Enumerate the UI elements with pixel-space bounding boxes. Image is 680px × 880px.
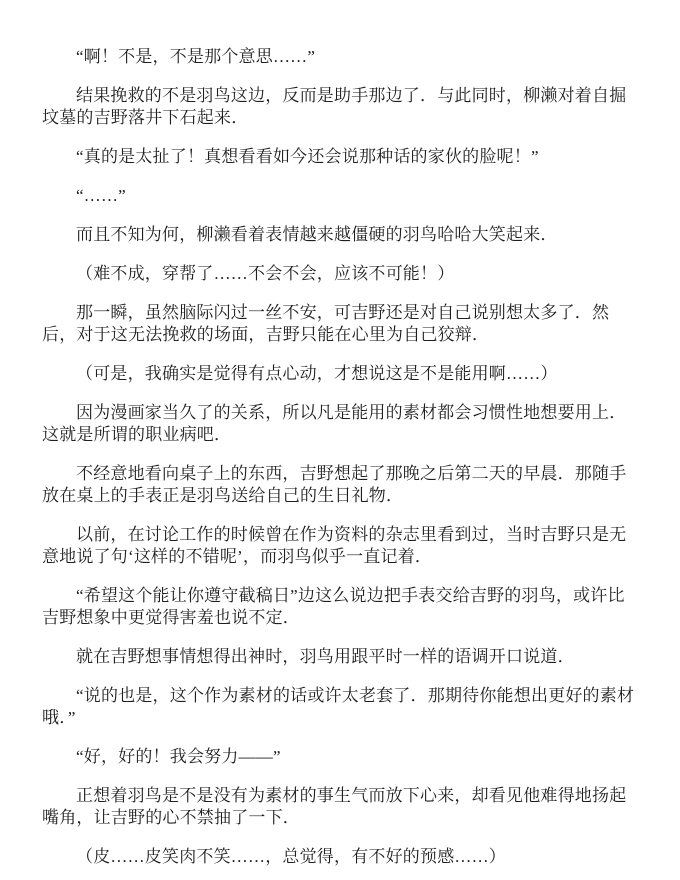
- paragraph-dialogue: “……”: [42, 185, 638, 207]
- paragraph-inner-thought: （难不成，穿帮了……不会不会，应该不可能！）: [42, 263, 638, 285]
- paragraph-narration: 就在吉野想事情想得出神时，羽鸟用跟平时一样的语调开口说道．: [42, 646, 638, 668]
- paragraph-dialogue: “啊！不是，不是那个意思……”: [42, 46, 638, 68]
- paragraph-narration: 以前，在讨论工作的时候曾在作为资料的杂志里看到过，当时吉野只是无意地说了句‘这样…: [42, 524, 638, 568]
- paragraph-narration: “希望这个能让你遵守截稿日”边这么说边把手表交给吉野的羽鸟，或许比吉野想象中更觉…: [42, 585, 638, 629]
- paragraph-dialogue: “好，好的！我会努力——”: [42, 746, 638, 768]
- paragraph-narration: 不经意地看向桌子上的东西，吉野想起了那晚之后第二天的早晨．那随手放在桌上的手表正…: [42, 463, 638, 507]
- paragraph-dialogue: “说的也是，这个作为素材的话或许太老套了．那期待你能想出更好的素材哦．”: [42, 685, 638, 729]
- document-page: “啊！不是，不是那个意思……” 结果挽救的不是羽鸟这边，反而是助手那边了．与此同…: [0, 0, 680, 880]
- paragraph-narration: 正想着羽鸟是不是没有为素材的事生气而放下心来，却看见他难得地扬起嘴角，让吉野的心…: [42, 785, 638, 829]
- paragraph-inner-thought: （可是，我确实是觉得有点心动，才想说这是不是能用啊……）: [42, 363, 638, 385]
- paragraph-narration: 因为漫画家当久了的关系，所以凡是能用的素材都会习惯性地想要用上．这就是所谓的职业…: [42, 402, 638, 446]
- paragraph-narration: 那一瞬，虽然脑际闪过一丝不安，可吉野还是对自己说别想太多了．然后，对于这无法挽救…: [42, 302, 638, 346]
- paragraph-inner-thought: （皮……皮笑肉不笑……，总觉得，有不好的预感……）: [42, 846, 638, 868]
- paragraph-narration: 结果挽救的不是羽鸟这边，反而是助手那边了．与此同时，柳濑对着自掘坟墓的吉野落井下…: [42, 85, 638, 129]
- paragraph-dialogue: “真的是太扯了！真想看看如今还会说那种话的家伙的脸呢！”: [42, 146, 638, 168]
- paragraph-narration: 而且不知为何，柳濑看着表情越来越僵硬的羽鸟哈哈大笑起来．: [42, 224, 638, 246]
